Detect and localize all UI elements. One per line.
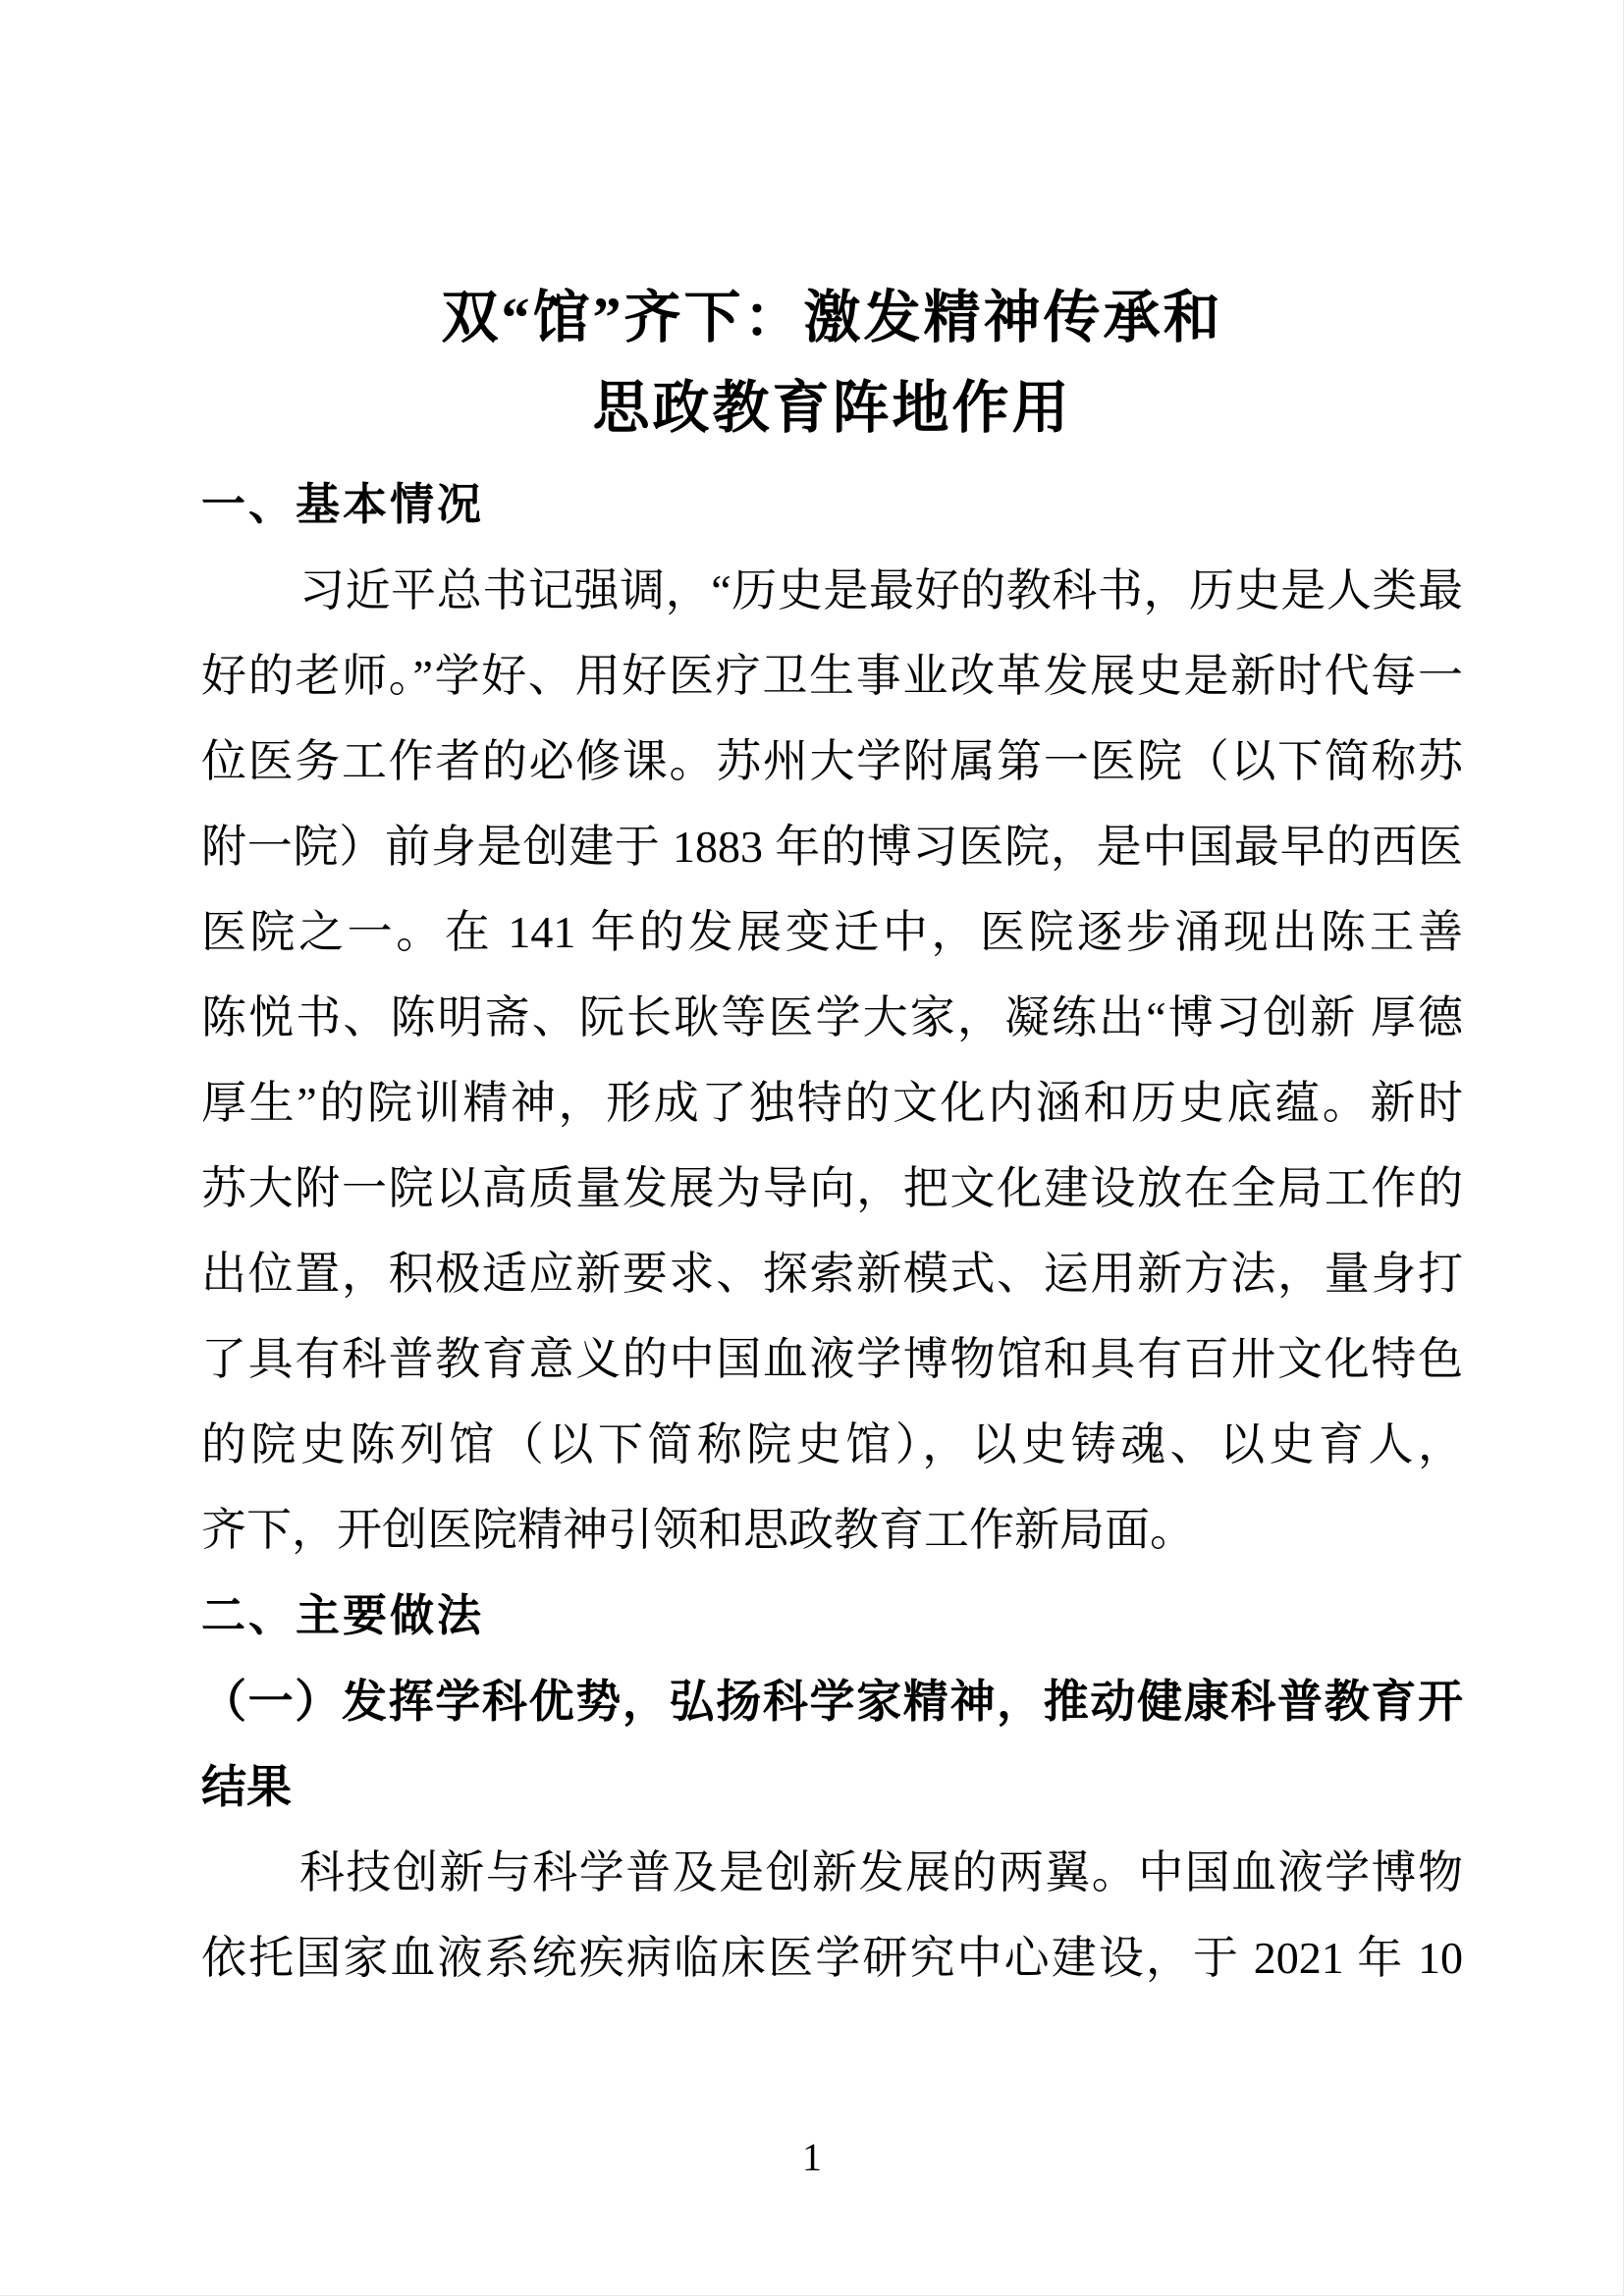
paragraph-1-line-9: 出位置，积极适应新要求、探索新模式、运用新方法，量身打造 [201, 1231, 1463, 1316]
paragraph-1-line-3: 位医务工作者的必修课。苏州大学附属第一医院（以下简称苏大 [201, 719, 1463, 804]
section-1-heading: 一、基本情况 [201, 461, 1463, 548]
page-footer: 1 [0, 2128, 1624, 2187]
paragraph-1-line-5: 医院之一。在 141 年的发展变迁中，医院逐步涌现出陈王善继、 [201, 889, 1463, 975]
document-title: 双“馆”齐下：激发精神传承和 思政教育阵地作用 [201, 273, 1463, 454]
subsection-heading-line-2: 结果 [201, 1744, 1463, 1830]
paragraph-1-line-1: 习近平总书记强调，“历史是最好的教科书，历史是人类最 [201, 548, 1463, 633]
subsection-heading-line-1: （一）发挥学科优势，弘扬科学家精神，推动健康科普教育开花 [201, 1659, 1463, 1744]
document-title-line-1: 双“馆”齐下：激发精神传承和 [201, 273, 1463, 363]
document-page: 双“馆”齐下：激发精神传承和 思政教育阵地作用 一、基本情况 习近平总书记强调，… [0, 0, 1624, 2296]
paragraph-1-line-4: 附一院）前身是创建于 1883 年的博习医院，是中国最早的西医 [201, 804, 1463, 889]
document-body: 一、基本情况 习近平总书记强调，“历史是最好的教科书，历史是人类最 好的老师。”… [201, 461, 1463, 2001]
page-number: 1 [802, 2135, 822, 2179]
paragraph-1-line-11: 的院史陈列馆（以下简称院史馆），以史铸魂、以史育人，双“馆” [201, 1402, 1463, 1487]
paragraph-1-line-6: 陈悦书、陈明斋、阮长耿等医学大家，凝练出“博习创新 厚德 [201, 975, 1463, 1060]
section-2-heading: 二、主要做法 [201, 1573, 1463, 1659]
paragraph-1-line-8: 苏大附一院以高质量发展为导向，把文化建设放在全局工作的突 [201, 1146, 1463, 1231]
paragraph-1-line-12: 齐下，开创医院精神引领和思政教育工作新局面。 [201, 1487, 1463, 1573]
document-title-line-2: 思政教育阵地作用 [201, 363, 1463, 454]
paragraph-2-line-1: 科技创新与科学普及是创新发展的两翼。中国血液学博物馆 [201, 1830, 1463, 1915]
paragraph-2-line-2: 依托国家血液系统疾病临床医学研究中心建设，于 2021 年 10 月 [201, 1915, 1463, 2001]
paragraph-1-line-2: 好的老师。”学好、用好医疗卫生事业改革发展史是新时代每一 [201, 633, 1463, 719]
paragraph-1-line-10: 了具有科普教育意义的中国血液学博物馆和具有百卅文化特色 [201, 1316, 1463, 1402]
paragraph-1-line-7: 厚生”的院训精神，形成了独特的文化内涵和历史底蕴。新时期， [201, 1060, 1463, 1146]
